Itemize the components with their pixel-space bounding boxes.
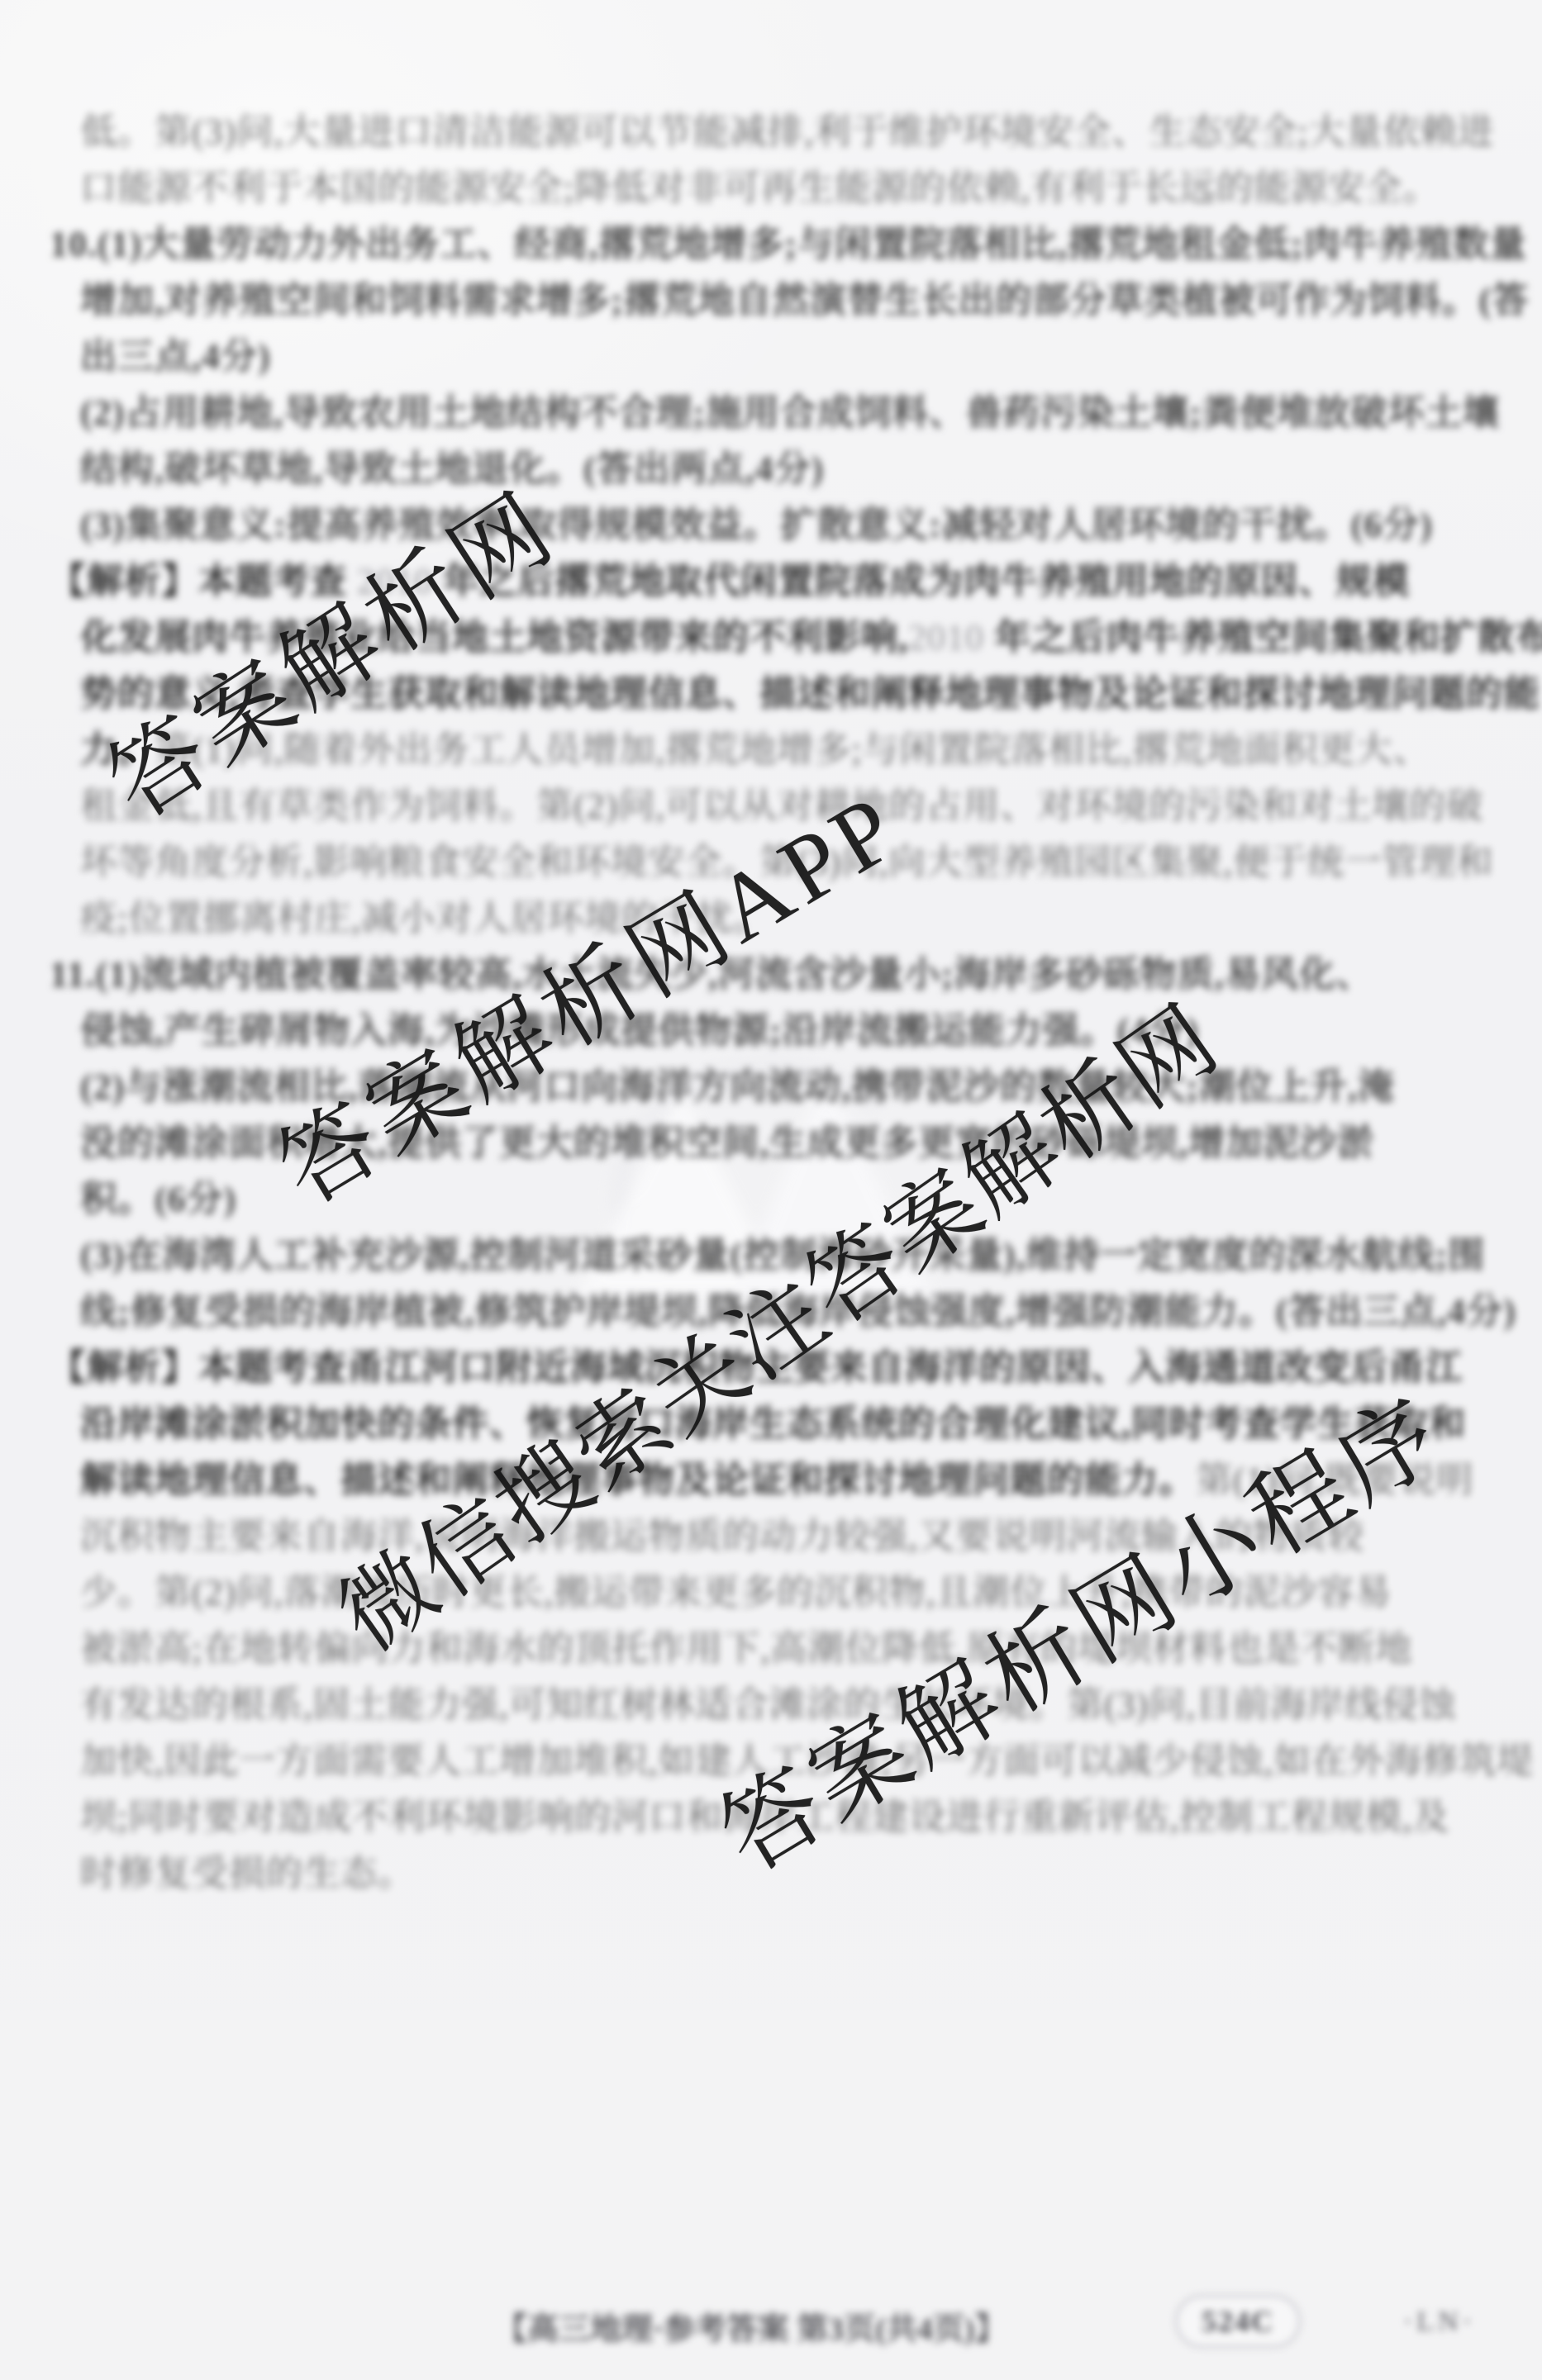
footer-edition-label: ·LN· [1403,2306,1476,2338]
text-segment: 增加,对养殖空间和饲料需求增多;撂荒地自然演替生长出的部分草类植被可作为饲料。(… [80,280,1529,321]
text-line: 疫;位置挪离村庄,减小对人居环境的干扰。 [80,891,1542,947]
text-line: 少。第(2)问,落潮流历时更长,搬运带来更多的沉积物,且潮位上升,携带的泥沙容易 [80,1565,1542,1621]
text-segment: 10.(1)大量劳动力外出务工、经商,撂荒地增多;与闲置院落相比,撂荒地租金低;… [50,224,1527,264]
text-segment: 势的意义,考查学生获取和解读地理信息、描述和阐释地理事物及论证和探讨地理问题的能 [80,673,1540,714]
answer-text-block: 低。第(3)问,大量进口清洁能源可以节能减排,利于维护环境安全、生态安全;大量依… [0,104,1542,1902]
text-line: 坏等角度分析,影响粮食安全和环境安全。第(3)问,向大型养殖园区集聚,便于统一管… [80,834,1542,891]
text-line: 线;修复受损的海岸植被,修筑护岸堤坝,降低海岸侵蚀强度,增强防潮能力。(答出三点… [80,1284,1542,1340]
text-segment: 出三点,4分) [80,336,271,377]
text-line: 加快,因此一方面需要人工增加堆积,如建人工沙滩;另一方面可以减少侵蚀,如在外海修… [80,1733,1542,1789]
text-line: 【解析】本题考查 2010 年之后撂荒地取代闲置院落成为肉牛养殖用地的原因、规模 [50,553,1542,610]
text-line: (2)占用耕地,导致农用土地结构不合理;施用合成饲料、兽药污染土壤;粪便堆放破坏… [80,385,1542,441]
text-line: 出三点,4分) [80,329,1542,385]
text-segment: 低。第(3)问,大量进口清洁能源可以节能减排,利于维护环境安全、生态安全;大量依… [80,112,1495,152]
text-segment: 租金低,且有草类作为饲料。第(2)问,可以从对耕地的占用、对环境的污染和对土壤的… [80,786,1483,826]
text-line: 沿岸滩涂淤积加快的条件、恢复河口海岸生态系统的合理化建议,同时考查学生获取和 [80,1396,1542,1452]
footer-page-label: 【高三地理·参考答案 第3页(共4页)】 [496,2303,1006,2349]
text-line: 【解析】本题考查甬江河口附近海域沉积物主要来自海洋的原因、入海通道改变后甬江 [50,1340,1542,1396]
text-segment: 被淤高;在地转偏向力和海水的顶托作用下,高潮位降低,原有的堤坝材料也是不断地 [80,1628,1412,1669]
text-line: 坝;同时要对造成不利环境影响的河口和海岸工程建设进行重新评估,控制工程规模,及 [80,1789,1542,1846]
text-line: 没的滩涂面积增大,提供了更大的堆积空间,生成更多更宽的砂砾堤坝,增加泥沙淤 [80,1115,1542,1171]
text-segment: 线;修复受损的海岸植被,修筑护岸堤坝,降低海岸侵蚀强度,增强防潮能力。(答出三点… [80,1291,1516,1332]
text-segment: 第(1)问,随着外出务工人员增加,撂荒地增多;与闲置院落相比,撂荒地面积更大、 [155,729,1430,770]
text-segment: (2)占用耕地,导致农用土地结构不合理;施用合成饲料、兽药污染土壤;粪便堆放破坏… [80,392,1500,433]
text-segment: 沉积物主要来自海洋,说明海洋搬运物质的动力较强,又要说明河流输入的物质较 [80,1516,1364,1556]
text-segment: 加快,因此一方面需要人工增加堆积,如建人工沙滩;另一方面可以减少侵蚀,如在外海修… [80,1741,1534,1781]
text-segment: 2010 [357,561,433,601]
text-line: (3)集聚意义:提高养殖效率,取得规模效益。扩散意义:减轻对人居环境的干扰。(6… [80,497,1542,553]
text-segment: 沿岸滩涂淤积加快的条件、恢复河口海岸生态系统的合理化建议,同时考查学生获取和 [80,1404,1466,1444]
text-segment: 【解析】本题考查甬江河口附近海域沉积物主要来自海洋的原因、入海通道改变后甬江 [50,1347,1463,1388]
footer-code-badge: 524C [1175,2295,1301,2348]
text-segment: 疫;位置挪离村庄,减小对人居环境的干扰。 [80,898,770,938]
text-segment: 解读地理信息、描述和阐释地理事物及论证和探讨地理问题的能力。 [80,1460,1196,1500]
text-segment: 力。 [80,729,155,770]
text-segment: (2)与涨潮流相比,落潮流从河口向海洋方向流动,携带泥沙的数量较大;潮位上升,淹 [80,1066,1395,1107]
text-line: 口能源不利于本国的能源安全;降低对非可再生能源的依赖,有利于长远的能源安全。 [80,160,1542,216]
text-line: 势的意义,考查学生获取和解读地理信息、描述和阐释地理事物及论证和探讨地理问题的能 [80,666,1542,722]
text-segment: 第(1)问,既要说明 [1196,1460,1473,1500]
text-segment: 没的滩涂面积增大,提供了更大的堆积空间,生成更多更宽的砂砾堤坝,增加泥沙淤 [80,1123,1374,1163]
text-segment: 2010 [908,617,984,658]
text-line: 时修复受损的生态。 [80,1846,1542,1902]
text-segment: 年之后撂荒地取代闲置院落成为肉牛养殖用地的原因、规模 [433,561,1410,601]
text-segment: 化发展肉牛养殖业给当地土地资源带来的不利影响, [80,617,908,658]
text-segment: 【解析】本题考查 [50,561,357,601]
text-segment: 年之后肉牛养殖空间集聚和扩散布局态 [984,617,1542,658]
text-line: 化发展肉牛养殖业给当地土地资源带来的不利影响,2010 年之后肉牛养殖空间集聚和… [80,610,1542,666]
text-line: (2)与涨潮流相比,落潮流从河口向海洋方向流动,携带泥沙的数量较大;潮位上升,淹 [80,1059,1542,1115]
text-segment: 侵蚀,产生碎屑物入海,为沙嘴形成提供物源;沿岸流搬运能力强。(4分) [80,1010,1199,1051]
text-line: 增加,对养殖空间和饲料需求增多;撂荒地自然演替生长出的部分草类植被可作为饲料。(… [80,273,1542,329]
text-line: 结构,破坏草地,导致土地退化。(答出两点,4分) [80,441,1542,497]
text-line: 沉积物主要来自海洋,说明海洋搬运物质的动力较强,又要说明河流输入的物质较 [80,1508,1542,1565]
text-line: 力。第(1)问,随着外出务工人员增加,撂荒地增多;与闲置院落相比,撂荒地面积更大… [80,722,1542,778]
text-line: 被淤高;在地转偏向力和海水的顶托作用下,高潮位降低,原有的堤坝材料也是不断地 [80,1621,1542,1677]
text-line: 侵蚀,产生碎屑物入海,为沙嘴形成提供物源;沿岸流搬运能力强。(4分) [80,1003,1542,1059]
text-segment: 时修复受损的生态。 [80,1853,415,1893]
text-segment: 坝;同时要对造成不利环境影响的河口和海岸工程建设进行重新评估,控制工程规模,及 [80,1797,1449,1837]
text-segment: 坏等角度分析,影响粮食安全和环境安全。第(3)问,向大型养殖园区集聚,便于统一管… [80,842,1493,882]
text-line: (3)在海湾人工补充沙源,控制河道采砂量(控制海砂开采量),维持一定宽度的深水航… [80,1228,1542,1284]
text-segment: 积。(6分) [80,1179,236,1219]
text-line: 积。(6分) [80,1171,1542,1228]
text-segment: 结构,破坏草地,导致土地退化。(答出两点,4分) [80,449,824,489]
text-line: 低。第(3)问,大量进口清洁能源可以节能减排,利于维护环境安全、生态安全;大量依… [80,104,1542,160]
blurred-document-layer: 低。第(3)问,大量进口清洁能源可以节能减排,利于维护环境安全、生态安全;大量依… [0,0,1542,2380]
text-segment: (3)在海湾人工补充沙源,控制河道采砂量(控制海砂开采量),维持一定宽度的深水航… [80,1235,1485,1276]
text-segment: (3)集聚意义:提高养殖效率,取得规模效益。扩散意义:减轻对人居环境的干扰。(6… [80,505,1433,545]
text-line: 租金低,且有草类作为饲料。第(2)问,可以从对耕地的占用、对环境的污染和对土壤的… [80,778,1542,834]
page-footer: 【高三地理·参考答案 第3页(共4页)】 524C ·LN· [0,2280,1542,2371]
text-segment: 少。第(2)问,落潮流历时更长,搬运带来更多的沉积物,且潮位上升,携带的泥沙容易 [80,1572,1392,1613]
text-line: 11.(1)流域内植被覆盖率较高,水土流失少,河流含沙量小;海岸多砂砾物质,易风… [50,947,1542,1003]
text-segment: 11.(1)流域内植被覆盖率较高,水土流失少,河流含沙量小;海岸多砂砾物质,易风… [50,954,1373,995]
text-line: 10.(1)大量劳动力外出务工、经商,撂荒地增多;与闲置院落相比,撂荒地租金低;… [50,216,1542,273]
text-line: 解读地理信息、描述和阐释地理事物及论证和探讨地理问题的能力。第(1)问,既要说明 [80,1452,1542,1508]
text-line: 有发达的根系,固土能力强,可知红树林适合滩涂的生长环境。第(3)问,目前海岸线侵… [80,1677,1542,1733]
scanned-page: 低。第(3)问,大量进口清洁能源可以节能减排,利于维护环境安全、生态安全;大量依… [0,0,1542,2380]
text-segment: 有发达的根系,固土能力强,可知红树林适合滩涂的生长环境。第(3)问,目前海岸线侵… [80,1684,1456,1725]
text-segment: 口能源不利于本国的能源安全;降低对非可再生能源的依赖,有利于长远的能源安全。 [80,168,1440,208]
